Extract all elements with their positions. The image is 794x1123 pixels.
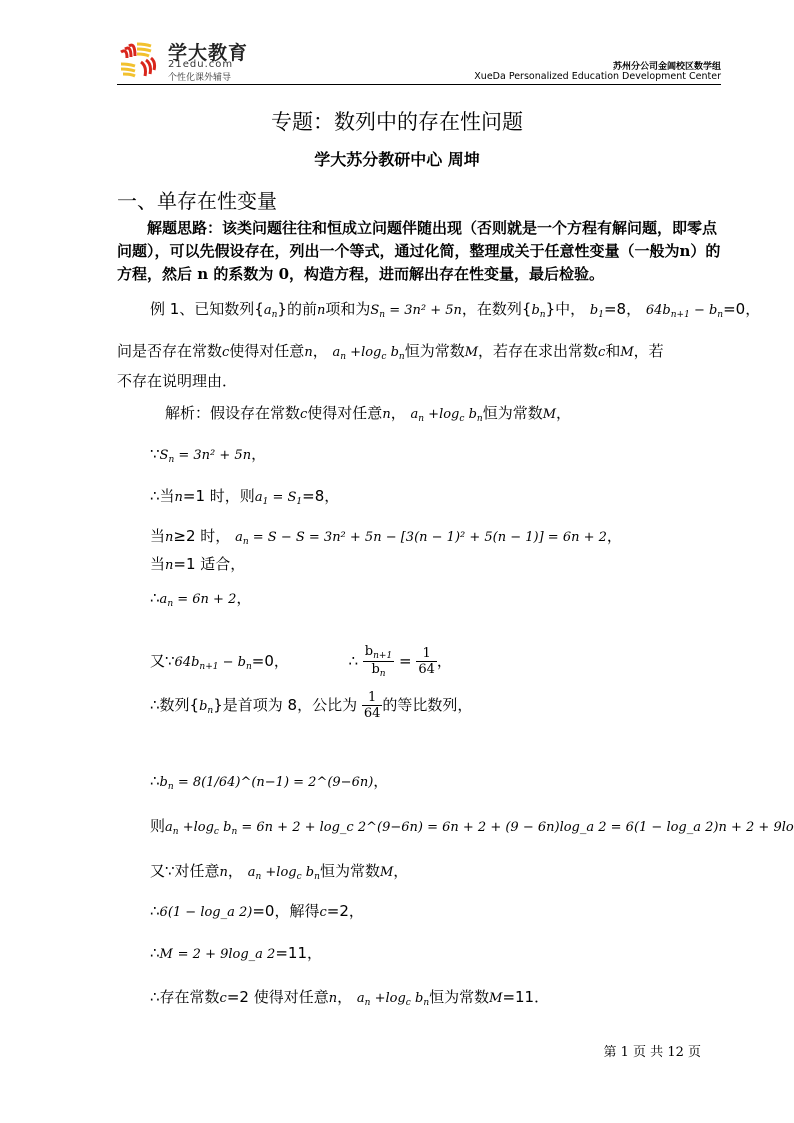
approach-paragraph: 解题思路：该类问题往往和恒成立问题伴随出现（否则就是一个方程有解问题，即零点问题… (117, 217, 727, 286)
section-heading: 一、单存在性变量 (117, 185, 277, 214)
solution-line-2: ∵Sn = 3n² + 5n， (150, 443, 266, 465)
solution-line-6: ∴an = 6n + 2， (150, 587, 251, 609)
solution-line-1: 解析：假设存在常数c使得对任意n， an +logc bn恒为常数M， (165, 402, 571, 424)
page-number: 第 1 页 共 12 页 (604, 1041, 701, 1060)
fraction-bn1-bn: bn+1bn (363, 644, 394, 679)
xueda-logo-icon (117, 40, 157, 80)
solution-line-5: 当n=1 适合， (150, 553, 245, 574)
solution-line-9: ∴bn = 8(1/64)^(n−1) = 2^(9−6n)， (150, 770, 388, 792)
solution-line-10: 则an +logc bn = 6n + 2 + log_c 2^(9−6n) =… (150, 815, 794, 837)
example-line-1: 例 1、已知数列{an}的前n项和为Sn = 3n² + 5n，在数列{bn}中… (150, 298, 760, 320)
solution-line-4: 当n≥2 时， an = S − S = 3n² + 5n − [3(n − 1… (150, 525, 622, 547)
example-line-3: 不存在说明理由． (117, 370, 237, 391)
solution-line-3: ∴当n=1 时，则a1 = S1=8， (150, 485, 339, 507)
solution-line-7: 又∵64bn+1 − bn=0， ∴ bn+1bn = 164， (150, 628, 452, 679)
header-divider (117, 84, 721, 85)
solution-line-13: ∴M = 2 + 9log_a 2=11， (150, 942, 322, 963)
example-line-2: 问是否存在常数c使得对任意n， an +logc bn恒为常数M，若存在求出常数… (117, 340, 664, 362)
logo-tagline: 个性化课外辅导 (168, 70, 231, 83)
author: 学大苏分教研中心 周坤 (0, 147, 794, 170)
fraction-1-64: 164 (416, 646, 437, 677)
solution-line-8: ∴数列{bn}是首项为 8，公比为 164的等比数列， (150, 690, 472, 721)
solution-line-12: ∴6(1 − log_a 2)=0，解得c=2， (150, 900, 364, 921)
logo-url: 21edu.com (168, 59, 233, 70)
solution-line-14: ∴存在常数c=2 使得对任意n， an +logc bn恒为常数M=11． (150, 986, 549, 1008)
page-title: 专题：数列中的存在性问题 (0, 106, 794, 136)
solution-line-11: 又∵对任意n， an +logc bn恒为常数M， (150, 860, 408, 882)
header-org-en: XueDa Personalized Education Development… (474, 71, 721, 82)
